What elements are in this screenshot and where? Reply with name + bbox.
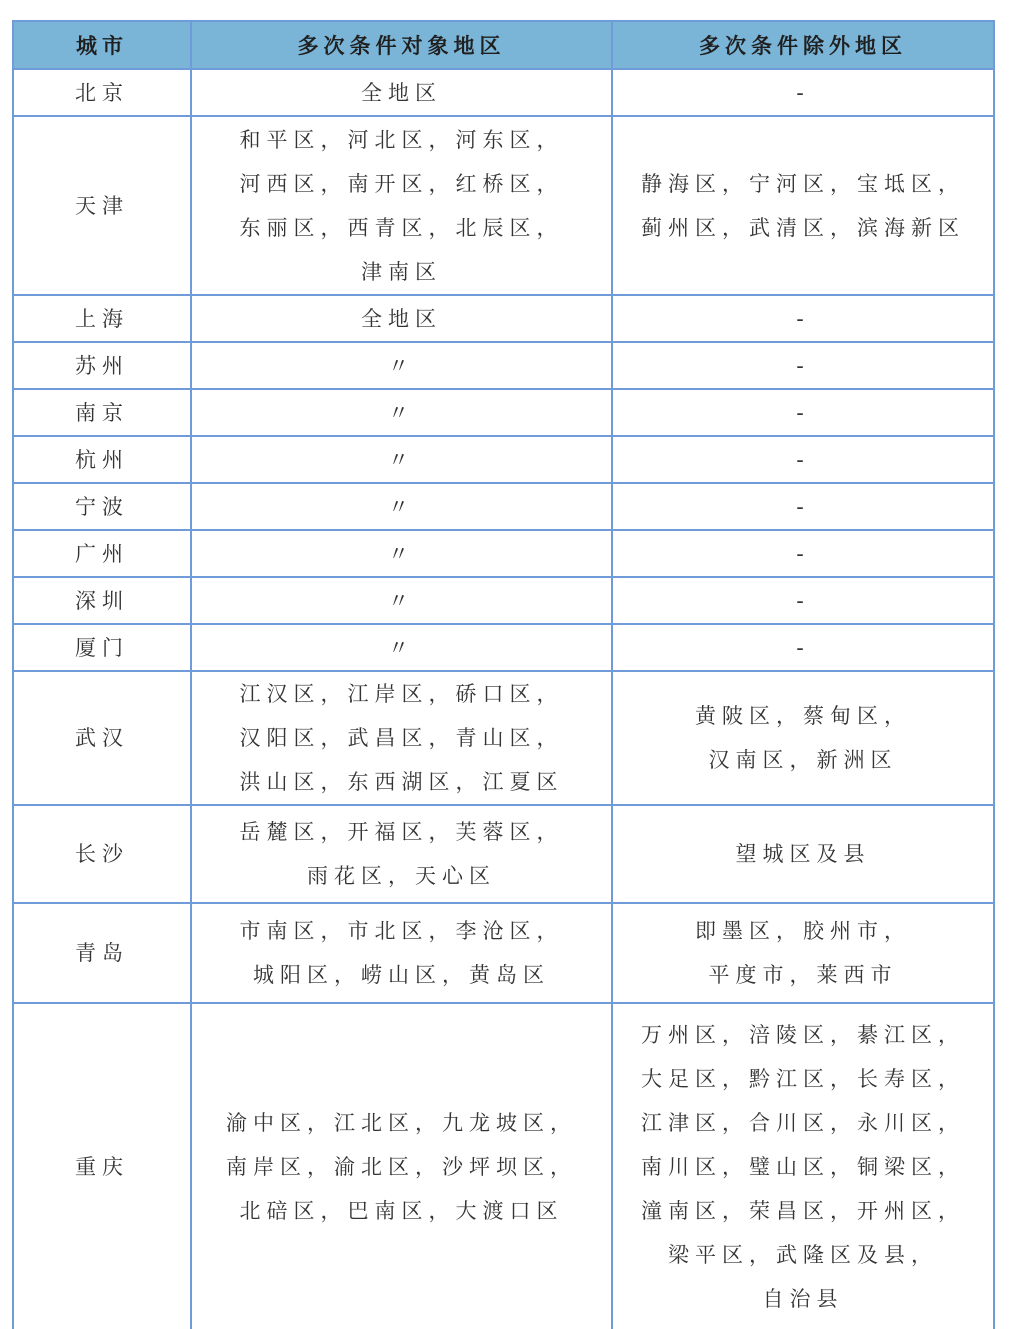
- city-cell: 杭州: [13, 436, 191, 483]
- target-regions-cell: 〃: [191, 436, 612, 483]
- excluded-regions-cell: -: [612, 530, 994, 577]
- city-cell: 北京: [13, 69, 191, 116]
- region-line: 渝中区，江北区，九龙坡区，: [198, 1101, 605, 1145]
- region-line: -: [619, 485, 987, 529]
- city-cell: 天津: [13, 116, 191, 295]
- region-line: 静海区，宁河区，宝坻区，: [619, 162, 987, 206]
- table-body: 北京全地区-天津和平区，河北区，河东区，河西区，南开区，红桥区，东丽区，西青区，…: [13, 69, 994, 1329]
- excluded-regions-cell: -: [612, 389, 994, 436]
- target-regions-cell: 〃: [191, 342, 612, 389]
- excluded-regions-cell: -: [612, 436, 994, 483]
- table-row: 北京全地区-: [13, 69, 994, 116]
- city-cell: 上海: [13, 295, 191, 342]
- region-line: 〃: [198, 626, 605, 670]
- region-line: 河西区，南开区，红桥区，: [198, 162, 605, 206]
- header-target-regions: 多次条件对象地区: [191, 21, 612, 69]
- city-cell: 武汉: [13, 671, 191, 805]
- city-cell: 宁波: [13, 483, 191, 530]
- city-cell: 重庆: [13, 1003, 191, 1329]
- region-line: 岳麓区，开福区，芙蓉区，: [198, 810, 605, 854]
- target-regions-cell: 和平区，河北区，河东区，河西区，南开区，红桥区，东丽区，西青区，北辰区，津南区: [191, 116, 612, 295]
- city-cell: 苏州: [13, 342, 191, 389]
- region-line: 市南区，市北区，李沧区，: [198, 909, 605, 953]
- region-line: 津南区: [198, 250, 605, 294]
- table-row: 宁波〃-: [13, 483, 994, 530]
- region-line: -: [619, 532, 987, 576]
- region-line: 东丽区，西青区，北辰区，: [198, 206, 605, 250]
- table-row: 厦门〃-: [13, 624, 994, 671]
- region-line: 黄陂区，蔡甸区，: [619, 694, 987, 738]
- region-line: 蓟州区，武清区，滨海新区: [619, 206, 987, 250]
- region-line: 大足区，黔江区，长寿区，: [619, 1057, 987, 1101]
- region-line: 江津区，合川区，永川区，: [619, 1101, 987, 1145]
- excluded-regions-cell: 静海区，宁河区，宝坻区，蓟州区，武清区，滨海新区: [612, 116, 994, 295]
- region-line: 〃: [198, 391, 605, 435]
- excluded-regions-cell: -: [612, 624, 994, 671]
- target-regions-cell: 岳麓区，开福区，芙蓉区，雨花区，天心区: [191, 805, 612, 903]
- city-cell: 南京: [13, 389, 191, 436]
- excluded-regions-cell: 即墨区，胶州市，平度市，莱西市: [612, 903, 994, 1003]
- region-line: 汉阳区，武昌区，青山区，: [198, 716, 605, 760]
- region-line: 梁平区，武隆区及县，: [619, 1233, 987, 1277]
- city-cell: 广州: [13, 530, 191, 577]
- target-regions-cell: 〃: [191, 577, 612, 624]
- excluded-regions-cell: 万州区，涪陵区，綦江区，大足区，黔江区，长寿区，江津区，合川区，永川区，南川区，…: [612, 1003, 994, 1329]
- excluded-regions-cell: -: [612, 483, 994, 530]
- region-line: 南川区，璧山区，铜梁区，: [619, 1145, 987, 1189]
- region-line: 汉南区，新洲区: [619, 738, 987, 782]
- region-line: -: [619, 297, 987, 341]
- table-row: 青岛市南区，市北区，李沧区，城阳区，崂山区，黄岛区即墨区，胶州市，平度市，莱西市: [13, 903, 994, 1003]
- region-line: 全地区: [198, 71, 605, 115]
- header-excluded-regions: 多次条件除外地区: [612, 21, 994, 69]
- city-cell: 厦门: [13, 624, 191, 671]
- region-line: 即墨区，胶州市，: [619, 909, 987, 953]
- region-line: 和平区，河北区，河东区，: [198, 118, 605, 162]
- excluded-regions-cell: -: [612, 577, 994, 624]
- region-line: 城阳区，崂山区，黄岛区: [198, 953, 605, 997]
- table-row: 苏州〃-: [13, 342, 994, 389]
- region-line: 洪山区，东西湖区，江夏区: [198, 760, 605, 804]
- target-regions-cell: 江汉区，江岸区，硚口区，汉阳区，武昌区，青山区，洪山区，东西湖区，江夏区: [191, 671, 612, 805]
- header-city: 城市: [13, 21, 191, 69]
- region-line: 雨花区，天心区: [198, 854, 605, 898]
- region-line: -: [619, 71, 987, 115]
- excluded-regions-cell: -: [612, 295, 994, 342]
- city-cell: 深圳: [13, 577, 191, 624]
- table-row: 广州〃-: [13, 530, 994, 577]
- region-line: -: [619, 438, 987, 482]
- region-line: -: [619, 626, 987, 670]
- region-line: 潼南区，荣昌区，开州区，: [619, 1189, 987, 1233]
- table-row: 天津和平区，河北区，河东区，河西区，南开区，红桥区，东丽区，西青区，北辰区，津南…: [13, 116, 994, 295]
- region-line: 望城区及县: [619, 832, 987, 876]
- excluded-regions-cell: 黄陂区，蔡甸区，汉南区，新洲区: [612, 671, 994, 805]
- excluded-regions-cell: -: [612, 342, 994, 389]
- region-line: 南岸区，渝北区，沙坪坝区，: [198, 1145, 605, 1189]
- region-line: 〃: [198, 485, 605, 529]
- excluded-regions-cell: -: [612, 69, 994, 116]
- target-regions-cell: 〃: [191, 483, 612, 530]
- table-row: 南京〃-: [13, 389, 994, 436]
- region-line: 自治县: [619, 1277, 987, 1321]
- table-row: 上海全地区-: [13, 295, 994, 342]
- target-regions-cell: 〃: [191, 530, 612, 577]
- region-line: 〃: [198, 532, 605, 576]
- target-regions-cell: 〃: [191, 389, 612, 436]
- excluded-regions-cell: 望城区及县: [612, 805, 994, 903]
- region-line: -: [619, 391, 987, 435]
- region-line: 平度市，莱西市: [619, 953, 987, 997]
- table-row: 长沙岳麓区，开福区，芙蓉区，雨花区，天心区望城区及县: [13, 805, 994, 903]
- table-row: 杭州〃-: [13, 436, 994, 483]
- target-regions-cell: 渝中区，江北区，九龙坡区，南岸区，渝北区，沙坪坝区，北碚区，巴南区，大渡口区: [191, 1003, 612, 1329]
- region-line: 〃: [198, 438, 605, 482]
- table-row: 深圳〃-: [13, 577, 994, 624]
- target-regions-cell: 〃: [191, 624, 612, 671]
- region-line: 万州区，涪陵区，綦江区，: [619, 1013, 987, 1057]
- region-line: 江汉区，江岸区，硚口区，: [198, 672, 605, 716]
- table-row: 重庆渝中区，江北区，九龙坡区，南岸区，渝北区，沙坪坝区，北碚区，巴南区，大渡口区…: [13, 1003, 994, 1329]
- visa-region-table: 城市 多次条件对象地区 多次条件除外地区 北京全地区-天津和平区，河北区，河东区…: [12, 20, 995, 1329]
- region-line: 北碚区，巴南区，大渡口区: [198, 1189, 605, 1233]
- city-cell: 长沙: [13, 805, 191, 903]
- region-line: -: [619, 344, 987, 388]
- region-line: 〃: [198, 344, 605, 388]
- region-line: -: [619, 579, 987, 623]
- target-regions-cell: 全地区: [191, 295, 612, 342]
- region-line: 〃: [198, 579, 605, 623]
- table-header-row: 城市 多次条件对象地区 多次条件除外地区: [13, 21, 994, 69]
- city-cell: 青岛: [13, 903, 191, 1003]
- region-line: 全地区: [198, 297, 605, 341]
- target-regions-cell: 市南区，市北区，李沧区，城阳区，崂山区，黄岛区: [191, 903, 612, 1003]
- target-regions-cell: 全地区: [191, 69, 612, 116]
- table-row: 武汉江汉区，江岸区，硚口区，汉阳区，武昌区，青山区，洪山区，东西湖区，江夏区黄陂…: [13, 671, 994, 805]
